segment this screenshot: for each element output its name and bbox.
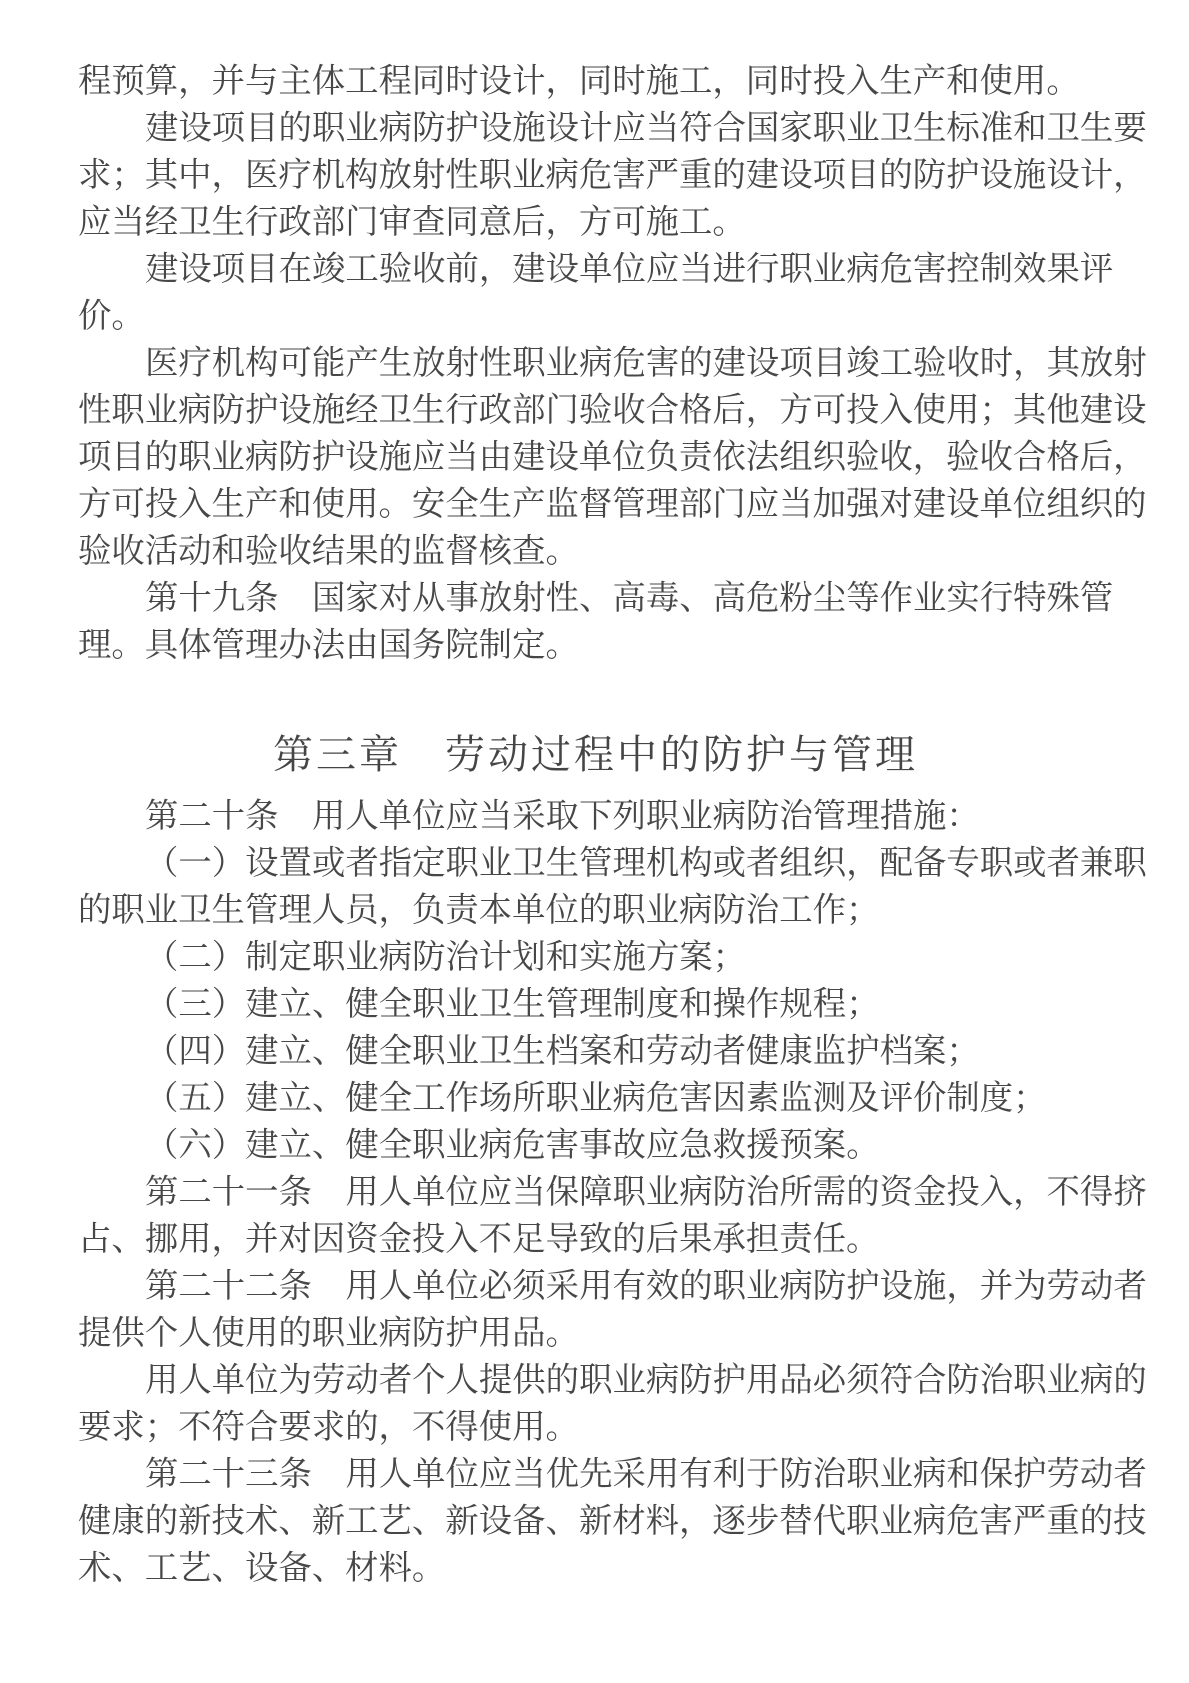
text-line: 第十九条 国家对从事放射性、高毒、高危粉尘等作业实行特殊管 — [78, 575, 1113, 622]
chapter-heading: 第三章 劳动过程中的防护与管理 — [78, 726, 1113, 784]
text-line: （一）设置或者指定职业卫生管理机构或者组织，配备专职或者兼职 — [78, 840, 1113, 887]
text-line: 建设项目在竣工验收前，建设单位应当进行职业病危害控制效果评 — [78, 246, 1113, 293]
text-line: 性职业病防护设施经卫生行政部门验收合格后，方可投入使用；其他建设 — [78, 387, 1113, 434]
text-line: 方可投入生产和使用。安全生产监督管理部门应当加强对建设单位组织的 — [78, 481, 1113, 528]
document-page: 程预算，并与主体工程同时设计，同时施工，同时投入生产和使用。建设项目的职业病防护… — [0, 0, 1189, 1683]
text-line: （六）建立、健全职业病危害事故应急救援预案。 — [78, 1122, 1113, 1169]
text-line: （三）建立、健全职业卫生管理制度和操作规程； — [78, 981, 1113, 1028]
text-line: 用人单位为劳动者个人提供的职业病防护用品必须符合防治职业病的 — [78, 1357, 1113, 1404]
text-line: 第二十一条 用人单位应当保障职业病防治所需的资金投入，不得挤 — [78, 1169, 1113, 1216]
text-line: 第二十二条 用人单位必须采用有效的职业病防护设施，并为劳动者 — [78, 1263, 1113, 1310]
text-line: （二）制定职业病防治计划和实施方案； — [78, 934, 1113, 981]
post-heading-lines: 第二十条 用人单位应当采取下列职业病防治管理措施：（一）设置或者指定职业卫生管理… — [78, 793, 1113, 1592]
text-line: 第二十三条 用人单位应当优先采用有利于防治职业病和保护劳动者 — [78, 1451, 1113, 1498]
text-line: 第二十条 用人单位应当采取下列职业病防治管理措施： — [78, 793, 1113, 840]
pre-heading-lines: 程预算，并与主体工程同时设计，同时施工，同时投入生产和使用。建设项目的职业病防护… — [78, 58, 1113, 669]
text-line: 的职业卫生管理人员，负责本单位的职业病防治工作； — [78, 887, 1113, 934]
text-line: 验收活动和验收结果的监督核查。 — [78, 528, 1113, 575]
text-line: 项目的职业病防护设施应当由建设单位负责依法组织验收，验收合格后， — [78, 434, 1113, 481]
text-block: 程预算，并与主体工程同时设计，同时施工，同时投入生产和使用。建设项目的职业病防护… — [78, 58, 1113, 1592]
text-line: 应当经卫生行政部门审查同意后，方可施工。 — [78, 199, 1113, 246]
text-line: 价。 — [78, 293, 1113, 340]
text-line: 医疗机构可能产生放射性职业病危害的建设项目竣工验收时，其放射 — [78, 340, 1113, 387]
text-line: 术、工艺、设备、材料。 — [78, 1545, 1113, 1592]
text-line: 提供个人使用的职业病防护用品。 — [78, 1310, 1113, 1357]
text-line: 健康的新技术、新工艺、新设备、新材料，逐步替代职业病危害严重的技 — [78, 1498, 1113, 1545]
text-line: 理。具体管理办法由国务院制定。 — [78, 622, 1113, 669]
text-line: （四）建立、健全职业卫生档案和劳动者健康监护档案； — [78, 1028, 1113, 1075]
text-line: 程预算，并与主体工程同时设计，同时施工，同时投入生产和使用。 — [78, 58, 1113, 105]
text-line: 建设项目的职业病防护设施设计应当符合国家职业卫生标准和卫生要 — [78, 105, 1113, 152]
text-line: （五）建立、健全工作场所职业病危害因素监测及评价制度； — [78, 1075, 1113, 1122]
text-line: 要求；不符合要求的，不得使用。 — [78, 1404, 1113, 1451]
text-line: 求；其中，医疗机构放射性职业病危害严重的建设项目的防护设施设计， — [78, 152, 1113, 199]
text-line: 占、挪用，并对因资金投入不足导致的后果承担责任。 — [78, 1216, 1113, 1263]
